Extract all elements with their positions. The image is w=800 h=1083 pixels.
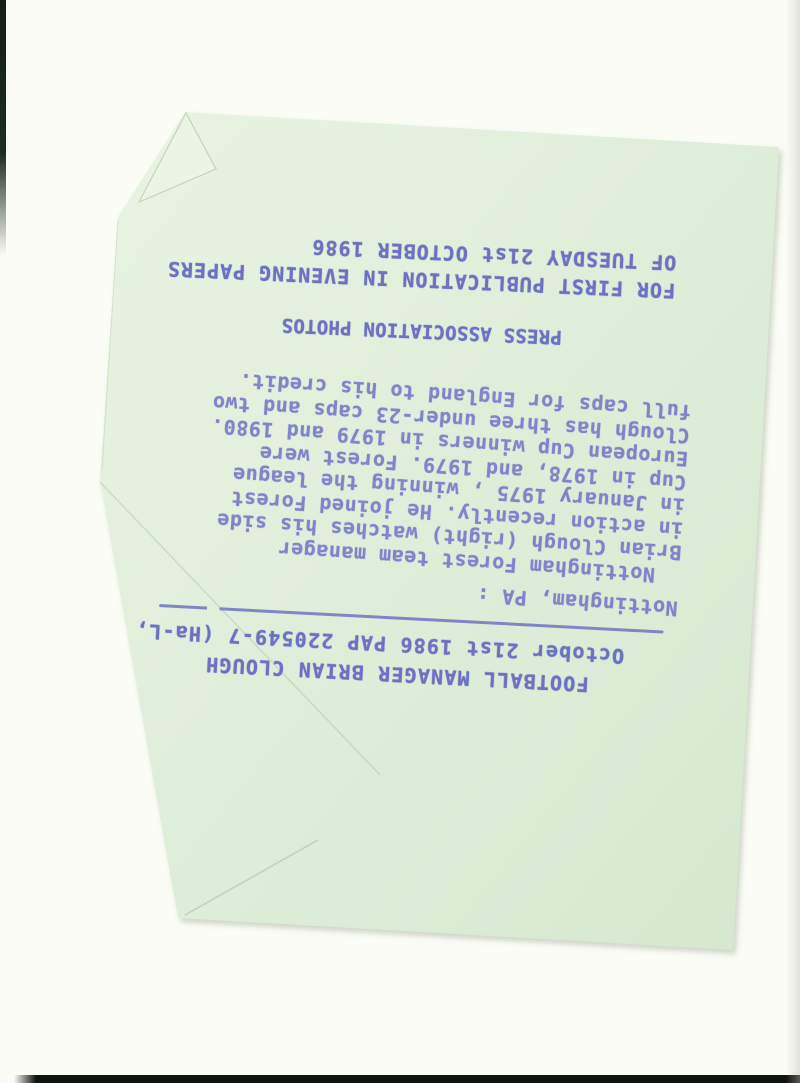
scan-edge-bottom [14, 1075, 800, 1083]
photo-back-scan: FOOTBALL MANAGER BRIAN CLOUGH October 21… [0, 0, 800, 1083]
scan-edge-right [786, 0, 800, 1083]
caption-block: Nottingham, PA : Nottingham Forest team … [188, 366, 692, 621]
scan-edge-left [0, 0, 6, 256]
